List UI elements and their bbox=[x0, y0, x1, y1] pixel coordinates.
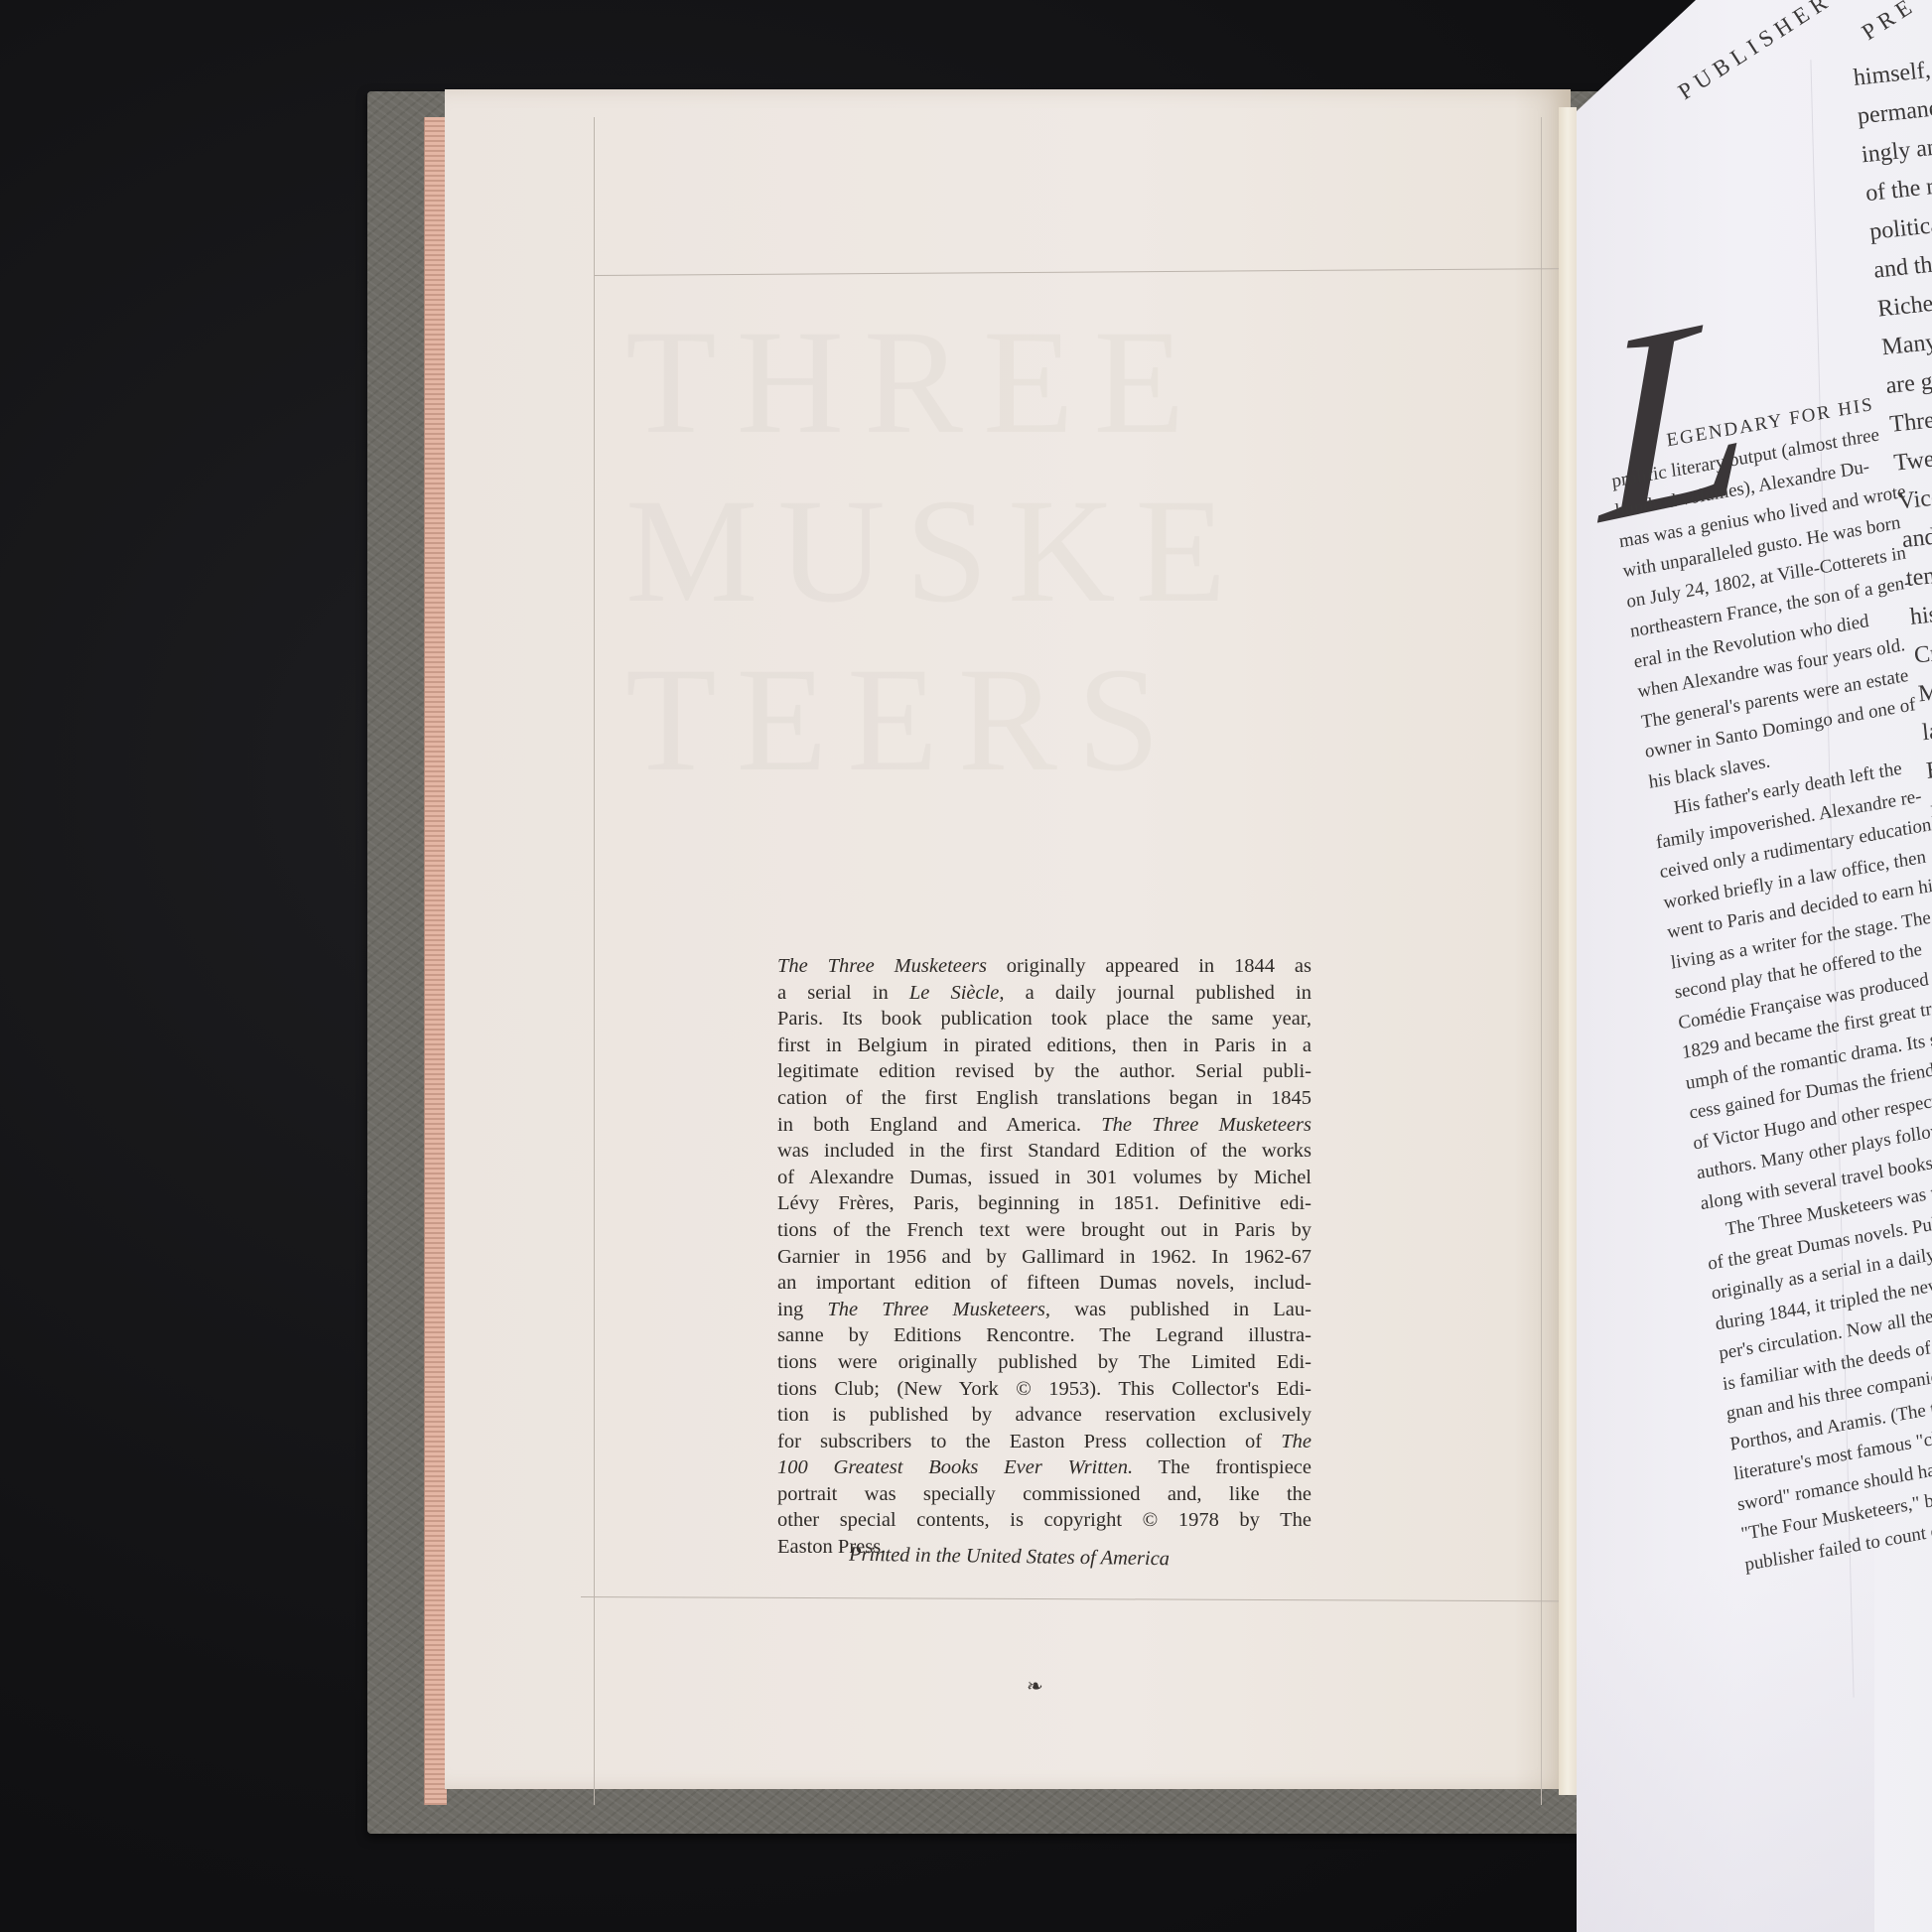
colophon-line: Paris. Its book publication took place t… bbox=[777, 1006, 1311, 1033]
colophon-line: 100 Greatest Books Ever Written. The fro… bbox=[777, 1454, 1311, 1481]
colophon-line: legitimate edition revised by the author… bbox=[777, 1058, 1311, 1085]
colophon-line: sanne by Editions Rencontre. The Legrand… bbox=[777, 1322, 1311, 1349]
colophon-line: tion is published by advance reservation… bbox=[777, 1402, 1311, 1429]
colophon-line: first in Belgium in pirated editions, th… bbox=[777, 1033, 1311, 1059]
page-edges bbox=[424, 117, 447, 1805]
colophon-line: Garnier in 1956 and by Gallimard in 1962… bbox=[777, 1244, 1311, 1271]
gutter bbox=[1559, 107, 1577, 1795]
colophon-line: Lévy Frères, Paris, beginning in 1851. D… bbox=[777, 1190, 1311, 1217]
show-through-text: THREEMUSKETEERS bbox=[625, 298, 1519, 854]
colophon-line: other special contents, is copyright © 1… bbox=[777, 1507, 1311, 1534]
colophon-line: cation of the first English translations… bbox=[777, 1085, 1311, 1112]
colophon-line: The Three Musketeers originally appeared… bbox=[777, 953, 1311, 980]
colophon-line: tions of the French text were brought ou… bbox=[777, 1217, 1311, 1244]
frame-line bbox=[594, 117, 595, 1805]
colophon-text: The Three Musketeers originally appeared… bbox=[777, 953, 1311, 1561]
colophon-line: for subscribers to the Easton Press coll… bbox=[777, 1429, 1311, 1455]
colophon-line: ing The Three Musketeers, was published … bbox=[777, 1297, 1311, 1323]
frame-line bbox=[1541, 117, 1542, 1805]
colophon-line: tions were originally published by The L… bbox=[777, 1349, 1311, 1376]
colophon-line: was included in the first Standard Editi… bbox=[777, 1138, 1311, 1165]
ornament-icon: ❧ bbox=[1027, 1678, 1052, 1696]
colophon-line: tions Club; (New York © 1953). This Coll… bbox=[777, 1376, 1311, 1403]
colophon-line: an important edition of fifteen Dumas no… bbox=[777, 1270, 1311, 1297]
colophon-line: of Alexandre Dumas, issued in 301 volume… bbox=[777, 1165, 1311, 1191]
colophon-line: portrait was specially commissioned and,… bbox=[777, 1481, 1311, 1508]
colophon-line: a serial in Le Siècle, a daily journal p… bbox=[777, 980, 1311, 1007]
printed-in-line: Printed in the United States of America bbox=[849, 1544, 1170, 1572]
colophon-line: in both England and America. The Three M… bbox=[777, 1112, 1311, 1139]
